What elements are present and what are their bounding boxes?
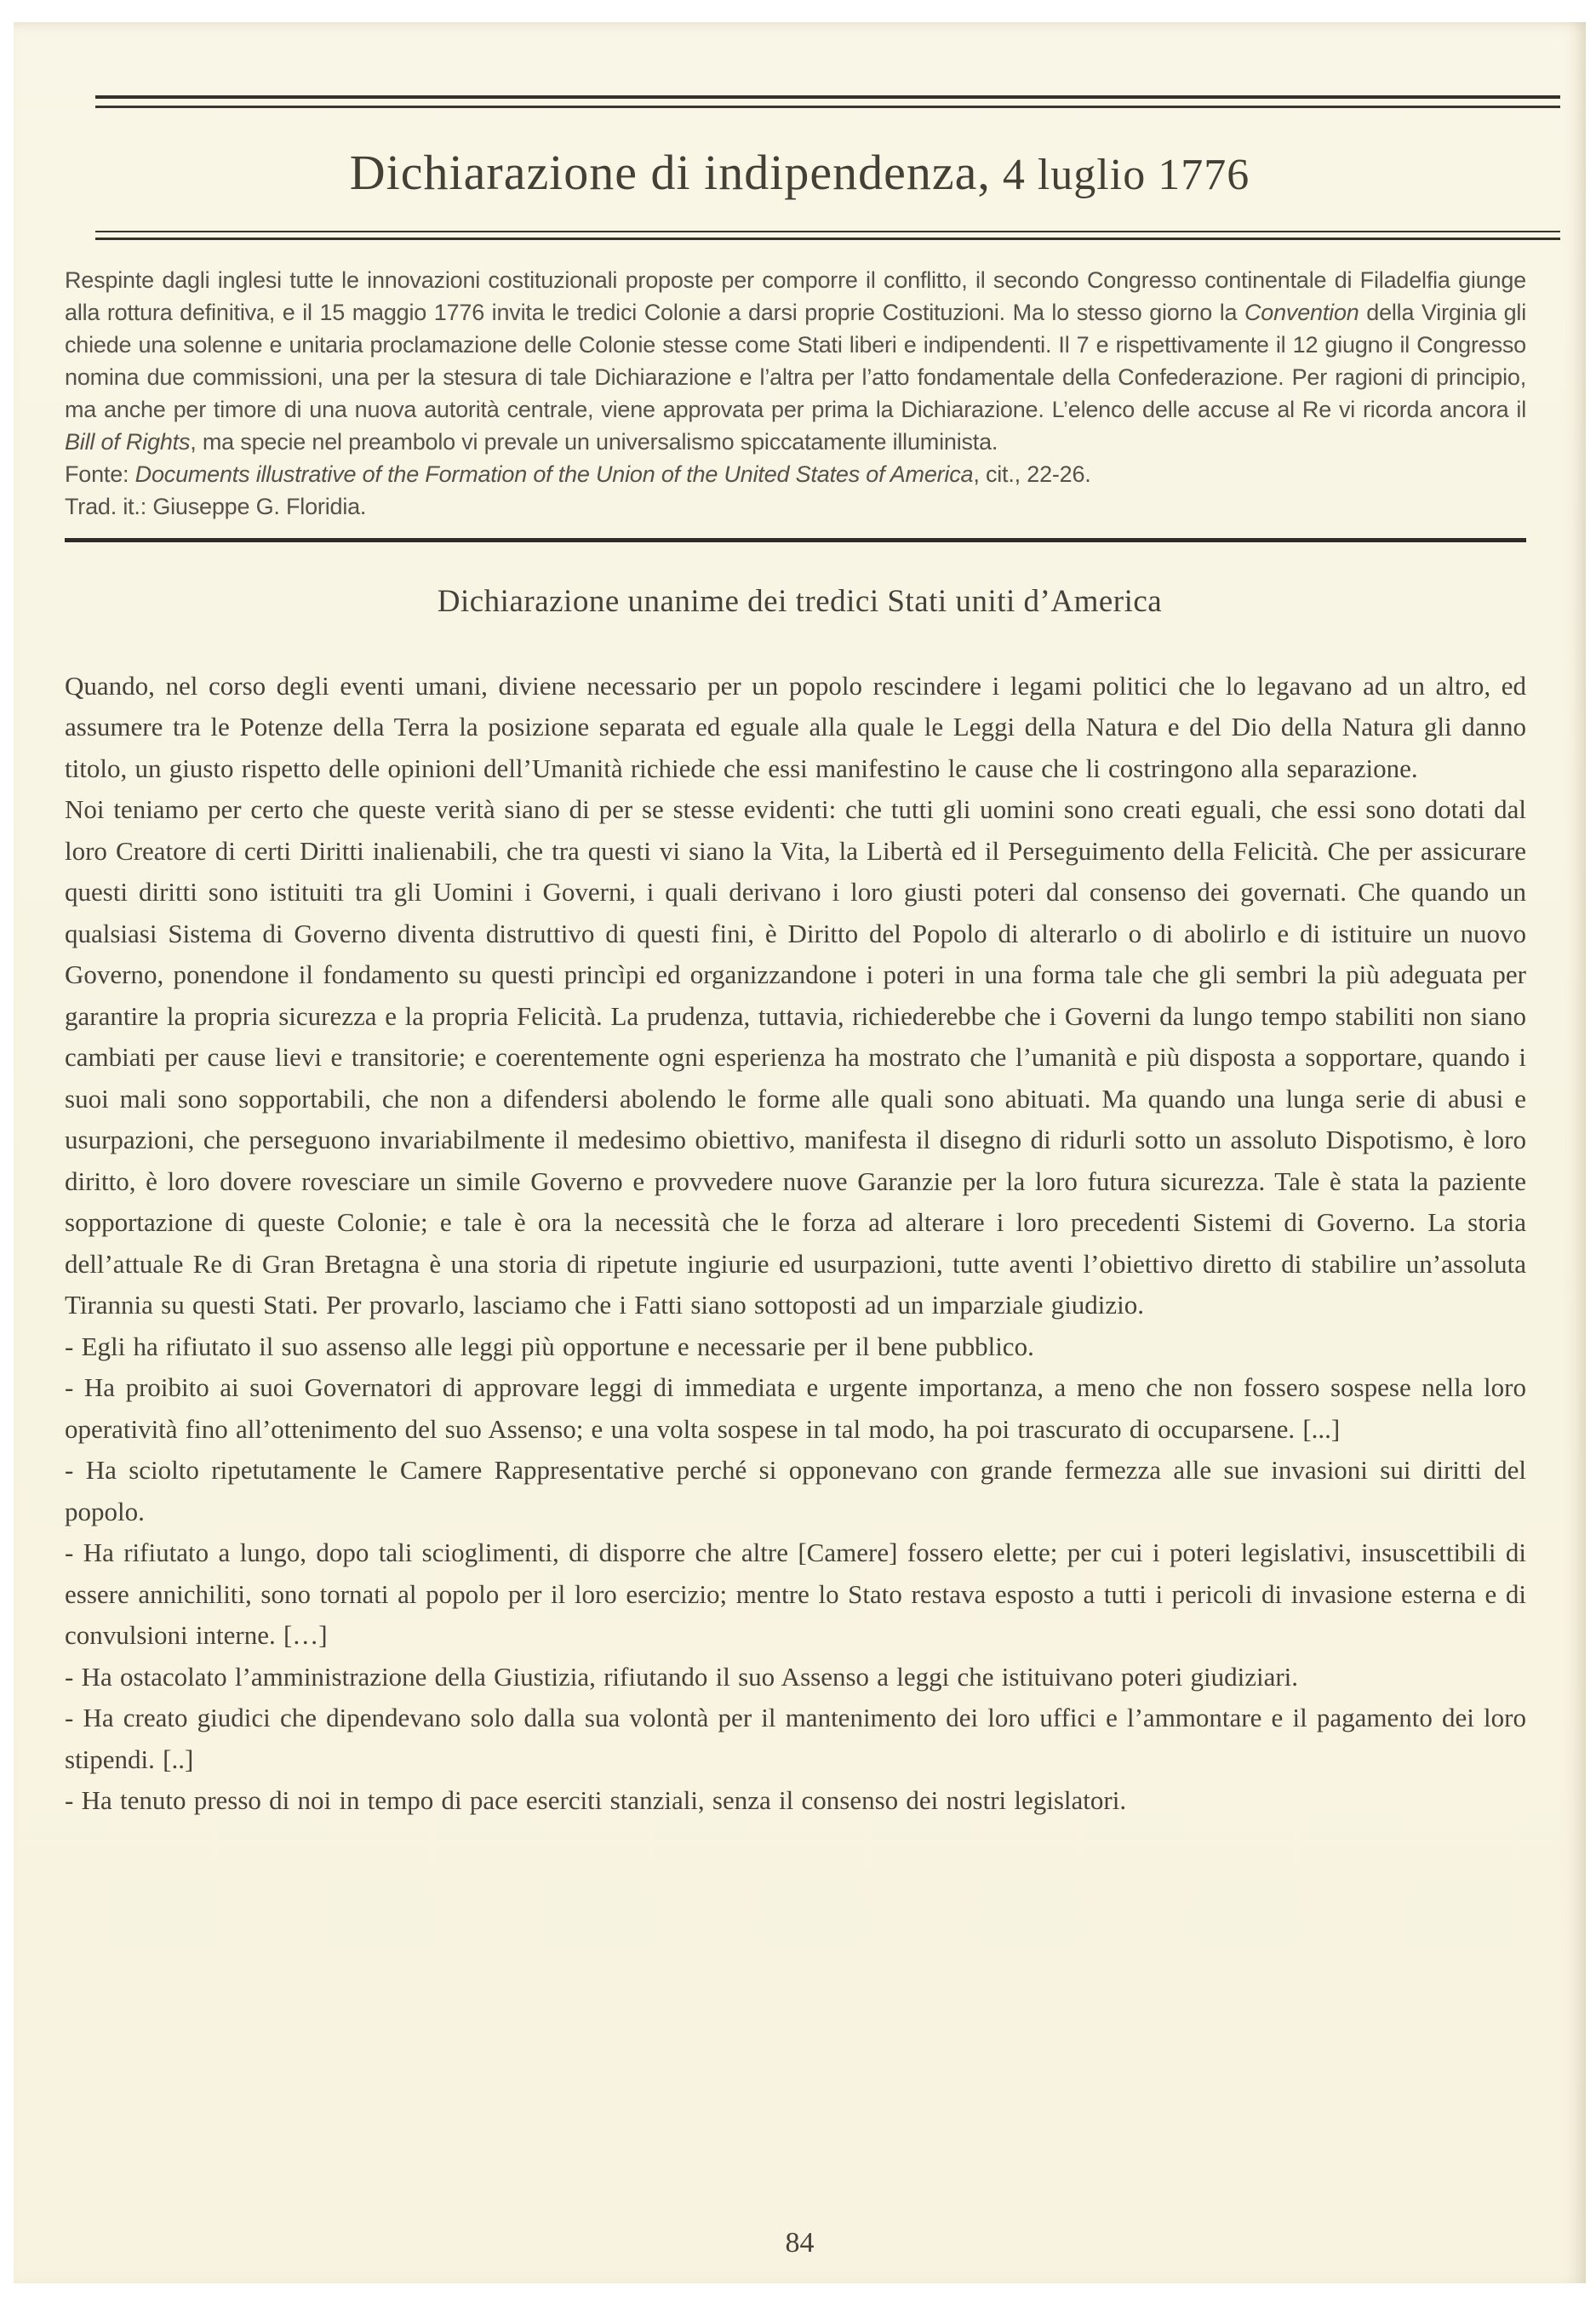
scanned-book-page: Dichiarazione di indipendenza, 4 luglio … bbox=[0, 0, 1596, 2302]
grievance-item: - Ha creato giudici che dipendevano solo… bbox=[65, 1698, 1526, 1780]
grievance-item: - Ha tenuto presso di noi in tempo di pa… bbox=[65, 1780, 1526, 1822]
page-title-date: 4 luglio 1776 bbox=[991, 151, 1250, 199]
editorial-intro: Respinte dagli inglesi tutte le innovazi… bbox=[65, 264, 1526, 523]
declaration-subtitle: Dichiarazione unanime dei tredici Stati … bbox=[48, 583, 1552, 620]
intro-italic-convention: Convention bbox=[1244, 300, 1359, 325]
source-title-italic: Documents illustrative of the Formation … bbox=[135, 461, 974, 487]
translation-line: Trad. it.: Giuseppe G. Floridia. bbox=[65, 490, 1526, 523]
source-citation: , cit., 22-26. bbox=[973, 461, 1090, 487]
declaration-paragraph: Noi teniamo per certo che queste verità … bbox=[65, 789, 1526, 1326]
page-title: Dichiarazione di indipendenza, 4 luglio … bbox=[48, 146, 1552, 200]
grievance-item: - Ha proibito ai suoi Governatori di app… bbox=[65, 1367, 1526, 1450]
intro-italic-bill-of-rights: Bill of Rights bbox=[65, 429, 190, 455]
section-divider-rule bbox=[65, 538, 1526, 542]
page-title-main: Dichiarazione di indipendenza, bbox=[350, 145, 991, 200]
intro-text-end: , ma specie nel preambolo vi prevale un … bbox=[190, 429, 998, 455]
source-line: Fonte: Documents illustrative of the For… bbox=[65, 458, 1526, 490]
grievance-item: - Ha rifiutato a lungo, dopo tali sciogl… bbox=[65, 1532, 1526, 1657]
source-label: Fonte: bbox=[65, 461, 135, 487]
grievance-item: - Ha ostacolato l’amministrazione della … bbox=[65, 1657, 1526, 1698]
title-bottom-double-rule bbox=[95, 231, 1560, 240]
page-surface: Dichiarazione di indipendenza, 4 luglio … bbox=[14, 22, 1586, 2283]
top-double-rule bbox=[95, 95, 1560, 108]
intro-paragraph: Respinte dagli inglesi tutte le innovazi… bbox=[65, 264, 1526, 458]
grievance-item: - Egli ha rifiutato il suo assenso alle … bbox=[65, 1326, 1526, 1368]
declaration-body: Quando, nel corso degli eventi umani, di… bbox=[65, 666, 1526, 1822]
declaration-paragraph: Quando, nel corso degli eventi umani, di… bbox=[65, 666, 1526, 790]
grievance-item: - Ha sciolto ripetutamente le Camere Rap… bbox=[65, 1450, 1526, 1532]
page-number: 84 bbox=[14, 2227, 1586, 2259]
